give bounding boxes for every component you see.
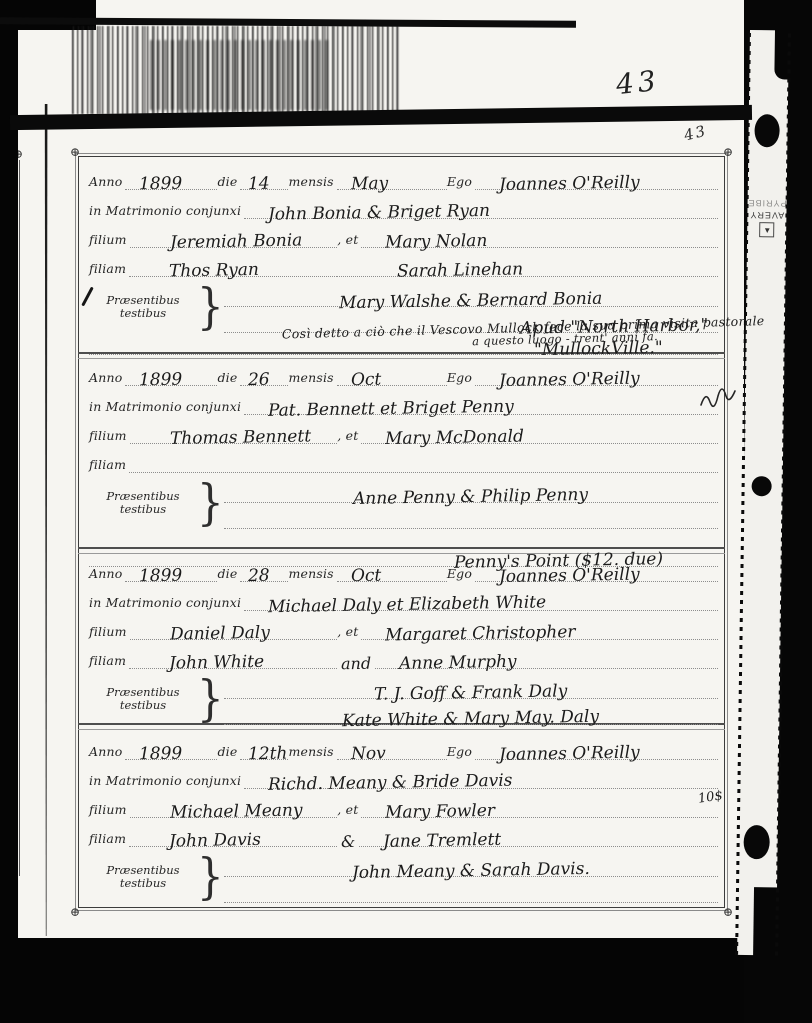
form-label-anno: Anno: [89, 370, 125, 386]
groom-father: Michael Meany: [130, 800, 303, 823]
form-label-witnesses: Præsentibus testibus: [89, 673, 197, 725]
entry-priest: Joannes O'Reilly: [475, 173, 640, 196]
entry-priest: Joannes O'Reilly: [475, 565, 640, 588]
entry-month: Nov: [337, 744, 386, 765]
form-label-anno: Anno: [89, 744, 125, 760]
couple-row: in Matrimonio conjunxi Richd. Meany & Br…: [89, 762, 718, 791]
groom-mother: Mary McDonald: [361, 427, 524, 450]
frame-corner-mark: ⊕: [723, 147, 733, 157]
form-label-conjunxi: in Matrimonio conjunxi: [89, 595, 244, 611]
groom-parents-row: filium Jeremiah Bonia , et Mary Nolan: [89, 221, 718, 250]
date-row: Anno 1899 die 12th mensis Nov Ego Joanne…: [89, 733, 718, 762]
form-label-filiam: filiam: [89, 831, 129, 847]
entry-year: 1899: [125, 174, 183, 195]
bride-father: John Davis: [129, 830, 261, 852]
groom-parents-row: filium Thomas Bennett , et Mary McDonald: [89, 417, 718, 446]
microfilm-scan: 43 43 ⊕ ⊕ ⊕ ⊕ ⊕ Anno 1899 die 14 mensis …: [0, 0, 812, 1023]
sprocket-hole: [743, 825, 769, 859]
witnesses-names: John Meany & Sarah Davis.: [352, 859, 590, 883]
entry-day: 28: [240, 566, 270, 587]
form-label-witnesses: Præsentibus testibus: [89, 477, 197, 529]
groom-father: Daniel Daly: [130, 623, 270, 645]
strip-bottom-cut: [753, 887, 780, 957]
groom-mother: Mary Fowler: [361, 801, 495, 823]
groom-mother: Mary Nolan: [361, 231, 488, 253]
form-label-filium: filium: [89, 802, 130, 818]
witnesses-brace: }: [197, 475, 224, 530]
entry-priest: Joannes O'Reilly: [475, 369, 640, 392]
form-label-mensis: mensis: [288, 174, 336, 190]
date-row: Anno 1899 die 14 mensis May Ego Joannes …: [89, 163, 718, 192]
bride-parents-row: filiam Thos Ryan Sarah Linehan: [89, 250, 718, 279]
form-label-mensis: mensis: [288, 370, 336, 386]
entry-priest: Joannes O'Reilly: [475, 743, 640, 766]
marriage-entry-4: Anno 1899 die 12th mensis Nov Ego Joanne…: [89, 733, 718, 903]
page-number-large: 43: [614, 64, 661, 101]
frame-corner-mark: ⊕: [70, 907, 80, 917]
form-label-filium: filium: [89, 428, 130, 444]
witnesses-brace: }: [197, 671, 224, 726]
form-label-filiam: filiam: [89, 457, 129, 473]
form-label-filiam: filiam: [89, 261, 129, 277]
groom-parents-row: filium Daniel Daly , et Margaret Christo…: [89, 613, 718, 642]
witnesses-block: Præsentibus testibus } T. J. Goff & Fran…: [89, 673, 718, 725]
brand-logo-icon: ▲: [759, 222, 774, 237]
bride-mother: Anne Murphy: [375, 652, 517, 674]
form-label-filium: filium: [89, 232, 130, 248]
strip-notch: [774, 29, 790, 79]
film-brand-label: ▲ AVERY PYRIBE: [747, 198, 787, 238]
sprocket-hole: [754, 114, 779, 147]
film-bottom-margin: [0, 938, 812, 1023]
entry-month: May: [337, 174, 388, 195]
form-label-et: , et: [337, 232, 361, 248]
groom-father: Jeremiah Bonia: [130, 230, 303, 253]
form-label-et: , et: [337, 624, 361, 640]
margin-scribble: [698, 383, 740, 413]
entry-year: 1899: [125, 370, 183, 391]
form-label-witnesses: Præsentibus testibus: [89, 851, 197, 903]
adjacent-frame-edge-line: [19, 160, 20, 876]
bride-father: Thos Ryan: [129, 260, 259, 282]
entry-month: Oct: [337, 566, 382, 587]
marriage-entry-3: Anno 1899 die 28 mensis Oct Ego Joannes …: [89, 555, 718, 725]
form-label-filiam: filiam: [89, 653, 129, 669]
brand-name: AVERY: [750, 210, 785, 220]
couple-row: in Matrimonio conjunxi Michael Daly et E…: [89, 584, 718, 613]
entry-day: 26: [240, 370, 270, 391]
date-row: Anno 1899 die 26 mensis Oct Ego Joannes …: [89, 359, 718, 388]
bride-parents-row: filiam John Davis & Jane Tremlett: [89, 820, 718, 849]
witnesses-names: Anne Penny & Philip Penny: [353, 485, 588, 509]
frame-corner-mark: ⊕: [723, 907, 733, 917]
form-label-mensis: mensis: [288, 566, 336, 582]
form-label-ego: Ego: [447, 744, 475, 760]
form-label-die: die: [217, 744, 240, 760]
form-label-ego: Ego: [447, 370, 475, 386]
bride-mother: Sarah Linehan: [337, 259, 523, 282]
form-label-ego: Ego: [447, 174, 475, 190]
form-label-die: die: [217, 174, 240, 190]
scan-smudge-band-dark: [150, 40, 330, 110]
marriage-entry-2: Anno 1899 die 26 mensis Oct Ego Joannes …: [89, 359, 718, 567]
bride-parents-row: filiam: [89, 446, 718, 475]
bride-parents-row: filiam John White and Anne Murphy: [89, 642, 718, 671]
form-label-conjunxi: in Matrimonio conjunxi: [89, 399, 244, 415]
witnesses-brace: }: [197, 849, 224, 904]
entry-year: 1899: [125, 744, 183, 765]
film-left-margin: [0, 0, 18, 1023]
couple-row: in Matrimonio conjunxi Pat. Bennett et B…: [89, 388, 718, 417]
entry-day: 14: [240, 174, 270, 195]
groom-mother: Margaret Christopher: [361, 622, 576, 646]
witnesses-names: T. J. Goff & Frank Daly: [374, 681, 568, 704]
register-frame: ⊕ ⊕ ⊕ ⊕ Anno 1899 die 14 mensis May Ego …: [78, 156, 725, 908]
form-label-anno: Anno: [89, 566, 125, 582]
form-label-ego: Ego: [447, 566, 475, 582]
form-label-witnesses: Præsentibus testibus: [89, 281, 197, 333]
frame-corner-mark: ⊕: [70, 147, 80, 157]
witnesses-block: Præsentibus testibus } Anne Penny & Phil…: [89, 477, 718, 529]
form-label-mensis: mensis: [288, 744, 336, 760]
groom-father: Thomas Bennett: [130, 426, 311, 449]
form-label-filium: filium: [89, 624, 130, 640]
entry-day: 12th: [240, 744, 288, 765]
form-label-et: , et: [337, 428, 361, 444]
form-label-die: die: [217, 566, 240, 582]
entry-month: Oct: [337, 370, 382, 391]
sprocket-hole: [751, 476, 771, 496]
form-label-conjunxi: in Matrimonio conjunxi: [89, 773, 244, 789]
form-label-die: die: [217, 370, 240, 386]
entry-year: 1899: [125, 566, 183, 587]
bride-parents-conjunction: and: [341, 654, 371, 674]
groom-parents-row: filium Michael Meany , et Mary Fowler: [89, 791, 718, 820]
witnesses-brace: }: [197, 279, 224, 334]
bride-mother: Jane Tremlett: [359, 830, 501, 852]
form-label-anno: Anno: [89, 174, 125, 190]
bride-parents-conjunction: &: [341, 832, 356, 851]
date-row: Anno 1899 die 28 mensis Oct Ego Joannes …: [89, 555, 718, 584]
couple-row: in Matrimonio conjunxi John Bonia & Brig…: [89, 192, 718, 221]
witnesses-block: Præsentibus testibus } John Meany & Sara…: [89, 851, 718, 903]
form-label-conjunxi: in Matrimonio conjunxi: [89, 203, 244, 219]
brand-line: PYRIBE: [747, 198, 786, 209]
form-label-et: , et: [337, 802, 361, 818]
